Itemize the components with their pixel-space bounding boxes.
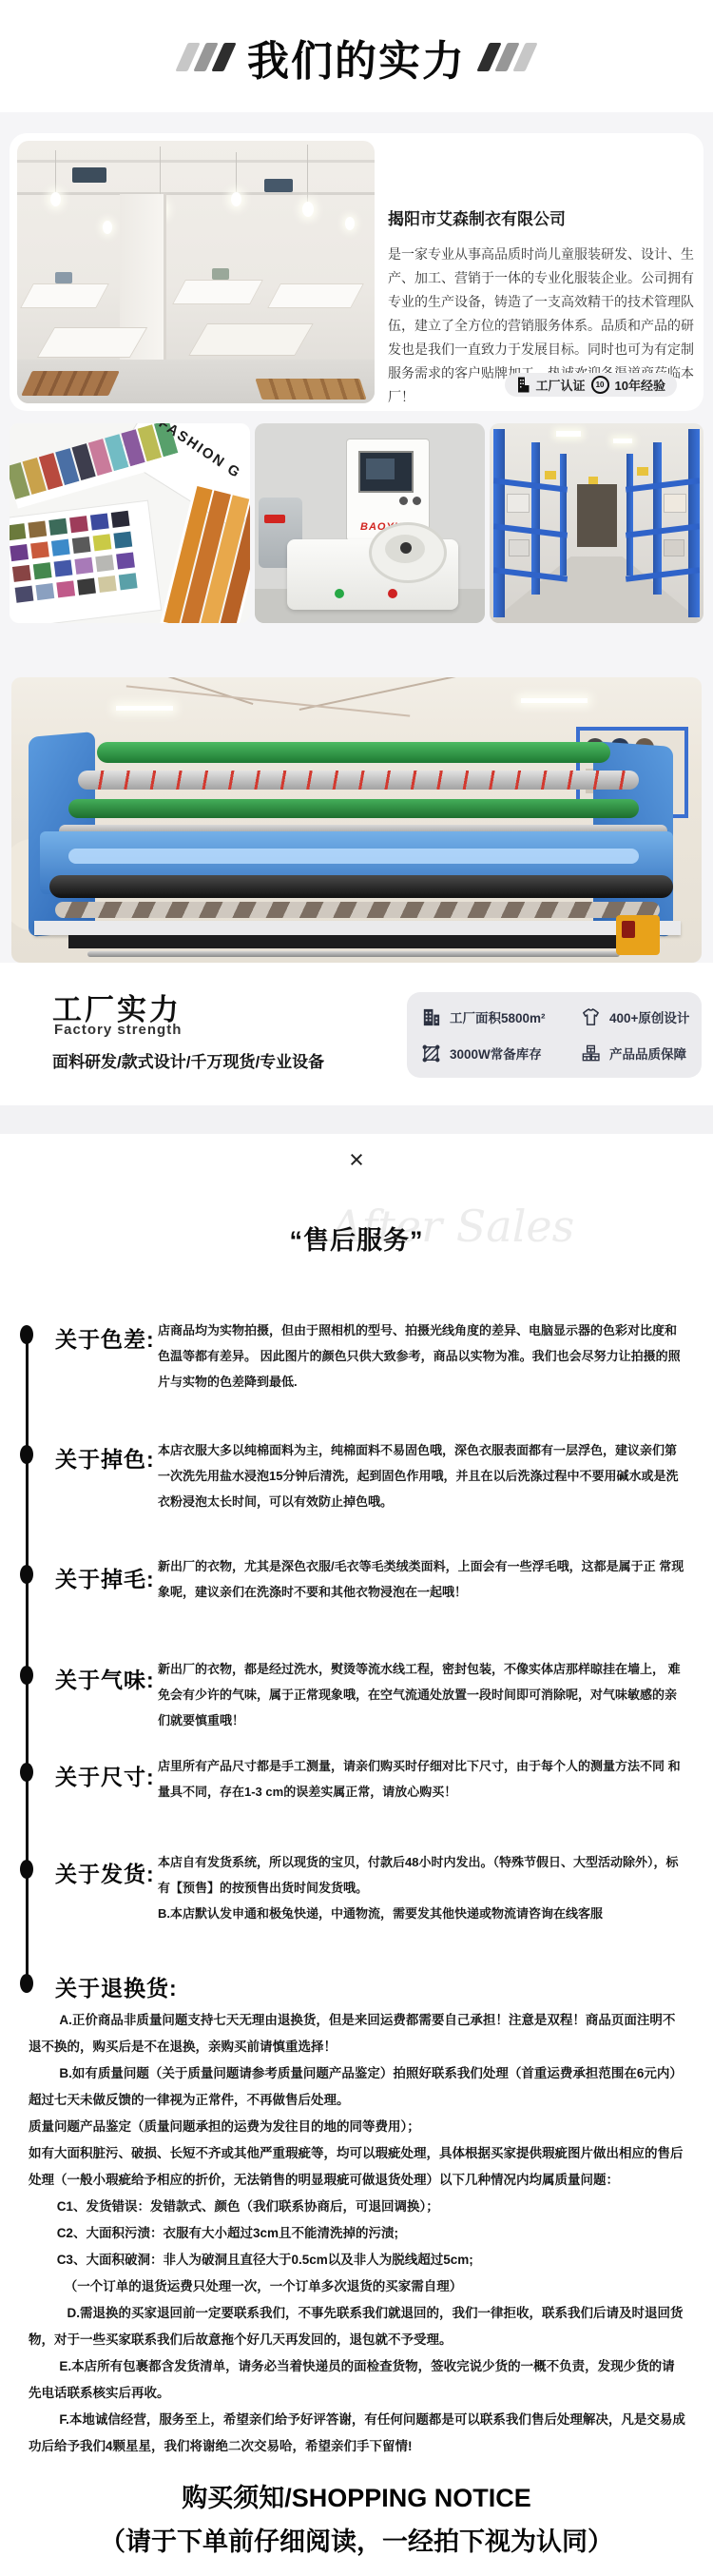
fabric-roll-icon bbox=[420, 1043, 442, 1064]
base-pipe-silver bbox=[87, 951, 620, 957]
feeder-bowl bbox=[369, 522, 447, 583]
control-knob bbox=[413, 497, 421, 505]
ceiling-light bbox=[556, 431, 581, 437]
lamp-cord bbox=[236, 152, 237, 194]
faq-body: 本店衣服大多以纯棉面料为主，纯棉面料不易固色哦，深色衣服表面都有一层浮色，建议亲… bbox=[158, 1437, 684, 1514]
stat-label: 400+原创设计 bbox=[609, 1007, 689, 1026]
scaffold-bar bbox=[126, 685, 411, 716]
lamp bbox=[50, 192, 61, 206]
stat-original-designs: 400+原创设计 bbox=[580, 1006, 694, 1028]
faq-smell: 关于气味: 新出厂的衣物，都是经过洗水，熨烫等流水线工程，密封包装，不像实体店那… bbox=[0, 1663, 713, 1682]
ceiling-beam bbox=[17, 192, 375, 195]
stat-label: 产品品质保障 bbox=[609, 1044, 686, 1063]
returns-paragraph: C2、大面积污渍：衣服有大小超过3cm且不能清洗掉的污渍; bbox=[29, 2220, 686, 2247]
rack-upright bbox=[626, 454, 633, 576]
lamp-cord bbox=[55, 150, 56, 194]
timeline-dot-icon bbox=[20, 1974, 33, 1993]
faq-heading: 关于尺寸: bbox=[55, 1760, 155, 1791]
timeline-dot-icon bbox=[20, 1325, 33, 1344]
wood-pallet bbox=[21, 371, 120, 396]
quality-box-icon bbox=[580, 1043, 602, 1064]
stat-label: 工厂面积5800m² bbox=[450, 1007, 546, 1026]
stat-label: 3000W常备库存 bbox=[450, 1044, 542, 1063]
base-beam-white bbox=[34, 921, 681, 935]
returns-policy-text: A.正价商品非质量问题支持七天无理由退换货，但是来回运费都需要自己承担！注意是双… bbox=[29, 2007, 686, 2460]
yellow-tag bbox=[637, 467, 648, 476]
faq-heading: 关于掉色: bbox=[55, 1442, 155, 1473]
faq-body: 店商品均为实物拍摄，但由于照相机的型号、拍摄光线角度的差异、电脑显示器的色彩对比… bbox=[158, 1317, 684, 1395]
faq-body: 本店自有发货系统，所以现货的宝贝，付款后48小时内发出。（特殊节假日、大型活动除… bbox=[158, 1849, 684, 1926]
shopping-notice-title: 购买须知/SHOPPING NOTICE bbox=[0, 2477, 713, 2514]
factory-strength-tagline: 面料研发/款式设计/千万现货/专业设备 bbox=[52, 1048, 324, 1072]
control-knob bbox=[399, 497, 408, 505]
ceiling-light bbox=[613, 439, 632, 443]
rack-upright bbox=[560, 454, 567, 576]
stat-quality: 产品品质保障 bbox=[580, 1043, 694, 1064]
after-sales-title: “售后服务” bbox=[0, 1220, 713, 1257]
factory-cert-label: 工厂认证 bbox=[536, 376, 586, 394]
scaffold-bar bbox=[36, 677, 254, 705]
company-name: 揭阳市艾森制衣有限公司 bbox=[388, 205, 705, 229]
faq-body: 新出厂的衣物，尤其是深色衣服/毛衣等毛类绒类面料，上面会有一些浮毛哦，这都是属于… bbox=[158, 1553, 684, 1605]
lamp bbox=[231, 192, 241, 206]
stat-stock: 3000W常备库存 bbox=[420, 1043, 580, 1064]
sewing-machine-head bbox=[55, 272, 72, 283]
faq-lint: 关于掉毛: 新出厂的衣物，尤其是深色衣服/毛衣等毛类绒类面料，上面会有一些浮毛哦… bbox=[0, 1562, 713, 1581]
faq-body: 店里所有产品尺寸都是手工测量，请亲们购买时仔细对比下尺寸，由于每个人的测量方法不… bbox=[158, 1753, 684, 1805]
returns-paragraph: C3、大面积破洞：非人为破洞且直径大于0.5cm以及非人为脱线超过5cm; bbox=[29, 2247, 686, 2274]
wood-bench bbox=[255, 379, 366, 400]
sewing-machine-head bbox=[212, 268, 229, 280]
green-indicator bbox=[335, 589, 344, 598]
returns-paragraph: 如有大面积脏污、破损、长短不齐或其他严重瑕疵等，均可以瑕疵处理，具体根据买家提供… bbox=[29, 2140, 686, 2194]
factory-badge: 工厂认证 10 10年经验 bbox=[505, 373, 677, 397]
faq-heading: 关于掉毛: bbox=[55, 1562, 155, 1593]
package bbox=[664, 539, 684, 556]
page-title: 我们的实力 bbox=[247, 27, 466, 88]
ceiling-vent bbox=[72, 167, 106, 183]
faq-shipping: 关于发货: 本店自有发货系统，所以现货的宝贝，付款后48小时内发出。（特殊节假日… bbox=[0, 1857, 713, 1876]
control-screen bbox=[358, 451, 414, 493]
faq-fading: 关于掉色: 本店衣服大多以纯棉面料为主，纯棉面料不易固色哦，深色衣服表面都有一层… bbox=[0, 1442, 713, 1461]
sewing-table bbox=[188, 323, 314, 356]
gray-divider-band bbox=[0, 1105, 713, 1134]
faq-heading: 关于气味: bbox=[55, 1663, 155, 1694]
timeline-dot-icon bbox=[20, 1565, 33, 1584]
timeline-dot-icon bbox=[20, 1445, 33, 1464]
fabric-inspection-machine-photo bbox=[11, 677, 702, 963]
returns-paragraph: E.本店所有包裹都含发货清单，请务必当着快递员的面检查货物，签收完说少货的一概不… bbox=[29, 2353, 686, 2407]
factory-workshop-photo bbox=[17, 141, 375, 403]
base-panel-black bbox=[68, 935, 648, 948]
faq-heading: 关于发货: bbox=[55, 1857, 155, 1888]
roller-silver-spiral bbox=[78, 771, 639, 790]
package bbox=[664, 494, 686, 513]
company-intro-card: 揭阳市艾森制衣有限公司 是一家专业从事高品质时尚儿童服装研发、设计、生产、加工、… bbox=[10, 133, 703, 411]
color-swatches-photo: FASHION G bbox=[10, 423, 250, 623]
button-machine-photo: BAOYU bbox=[255, 423, 485, 623]
returns-paragraph: F.本地诚信经营，服务至上，希望亲们给予好评答谢，有任何问题都是可以联系我们售后… bbox=[29, 2407, 686, 2460]
warehouse-photo bbox=[490, 423, 703, 623]
experience-label: 10年经验 bbox=[615, 376, 665, 394]
sewing-table bbox=[37, 327, 147, 358]
slash-decoration-left-icon bbox=[182, 43, 230, 71]
returns-paragraph: A.正价商品非质量问题支持七天无理由退换货，但是来回运费都需要自己承担！注意是双… bbox=[29, 2007, 686, 2060]
faq-heading: 关于色差: bbox=[55, 1322, 155, 1354]
package bbox=[509, 539, 530, 556]
sewing-head-label bbox=[264, 515, 285, 523]
returns-paragraph: （一个订单的退货运费只处理一次，一个订单多次退货的买家需自理） bbox=[29, 2274, 686, 2300]
returns-paragraph: C1、发货错误：发错款式、颜色（我们联系协商后，可退回调换）； bbox=[29, 2194, 686, 2220]
lamp-cord bbox=[307, 145, 308, 204]
factory-cert-icon bbox=[516, 377, 530, 393]
roller-green-mid bbox=[68, 799, 639, 818]
yellow-tag bbox=[545, 471, 556, 479]
package bbox=[507, 494, 530, 513]
red-indicator bbox=[388, 589, 397, 598]
returns-paragraph: B.如有质量问题（关于质量问题请参考质量问题产品鉴定）拍照好联系我们处理（首重运… bbox=[29, 2060, 686, 2114]
control-box-yellow bbox=[616, 915, 660, 955]
faq-returns: 关于退换货: bbox=[0, 1971, 713, 1990]
ceiling-vent bbox=[264, 179, 293, 192]
far-rack bbox=[577, 484, 617, 547]
roller-striped bbox=[55, 902, 660, 918]
sewing-table bbox=[267, 283, 364, 308]
yellow-tag bbox=[588, 477, 598, 484]
aisle-floor bbox=[490, 556, 703, 623]
tshirt-icon bbox=[580, 1006, 602, 1028]
returns-paragraph: D.需退换的买家退回前一定要联系我们，不事先联系我们就退回的，我们一律拒收，联系… bbox=[29, 2300, 686, 2353]
roller-green-top bbox=[97, 742, 610, 763]
scaffold-bar bbox=[299, 677, 542, 711]
sewing-table bbox=[172, 280, 263, 304]
ten-years-icon: 10 bbox=[591, 376, 609, 394]
returns-paragraph: 质量问题产品鉴定（质量问题承担的运费为发往目的地的同等费用）； bbox=[29, 2114, 686, 2140]
shopping-notice-subtitle: （请于下单前仔细阅读，一经拍下视为认同） bbox=[0, 2521, 713, 2558]
lamp bbox=[302, 202, 314, 217]
faq-body: 新出厂的衣物，都是经过洗水，熨烫等流水线工程，密封包装，不像实体店那样晾挂在墙上… bbox=[158, 1656, 684, 1733]
strength-header: 我们的实力 bbox=[0, 27, 713, 88]
ceiling-light bbox=[116, 706, 173, 711]
faq-heading: 关于退换货: bbox=[55, 1971, 178, 2002]
slash-decoration-right-icon bbox=[483, 43, 531, 71]
timeline-dot-icon bbox=[20, 1666, 33, 1685]
timeline-dot-icon bbox=[20, 1763, 33, 1782]
factory-stats-box: 工厂面积5800m² 400+原创设计 3000W常备库存 产品品质保障 bbox=[407, 992, 702, 1078]
stat-factory-area: 工厂面积5800m² bbox=[420, 1006, 580, 1028]
sewing-table bbox=[20, 283, 109, 308]
building-icon bbox=[420, 1006, 442, 1028]
product-detail-page: 我们的实力 bbox=[0, 0, 713, 2576]
factory-strength-subtitle: Factory strength bbox=[54, 1022, 182, 1038]
timeline-line bbox=[26, 1334, 29, 1981]
ceiling-beam bbox=[17, 160, 375, 163]
lamp bbox=[345, 217, 355, 230]
timeline-dot-icon bbox=[20, 1860, 33, 1879]
roller-dark bbox=[49, 875, 673, 898]
ceiling-light bbox=[521, 698, 588, 703]
close-mark: × bbox=[0, 1145, 713, 1175]
faq-color-difference: 关于色差: 店商品均为实物拍摄，但由于照相机的型号、拍摄光线角度的差异、电脑显示… bbox=[0, 1322, 713, 1341]
faq-size: 关于尺寸: 店里所有产品尺寸都是手工测量，请亲们购买时仔细对比下尺寸，由于每个人… bbox=[0, 1760, 713, 1779]
lamp bbox=[103, 221, 112, 234]
